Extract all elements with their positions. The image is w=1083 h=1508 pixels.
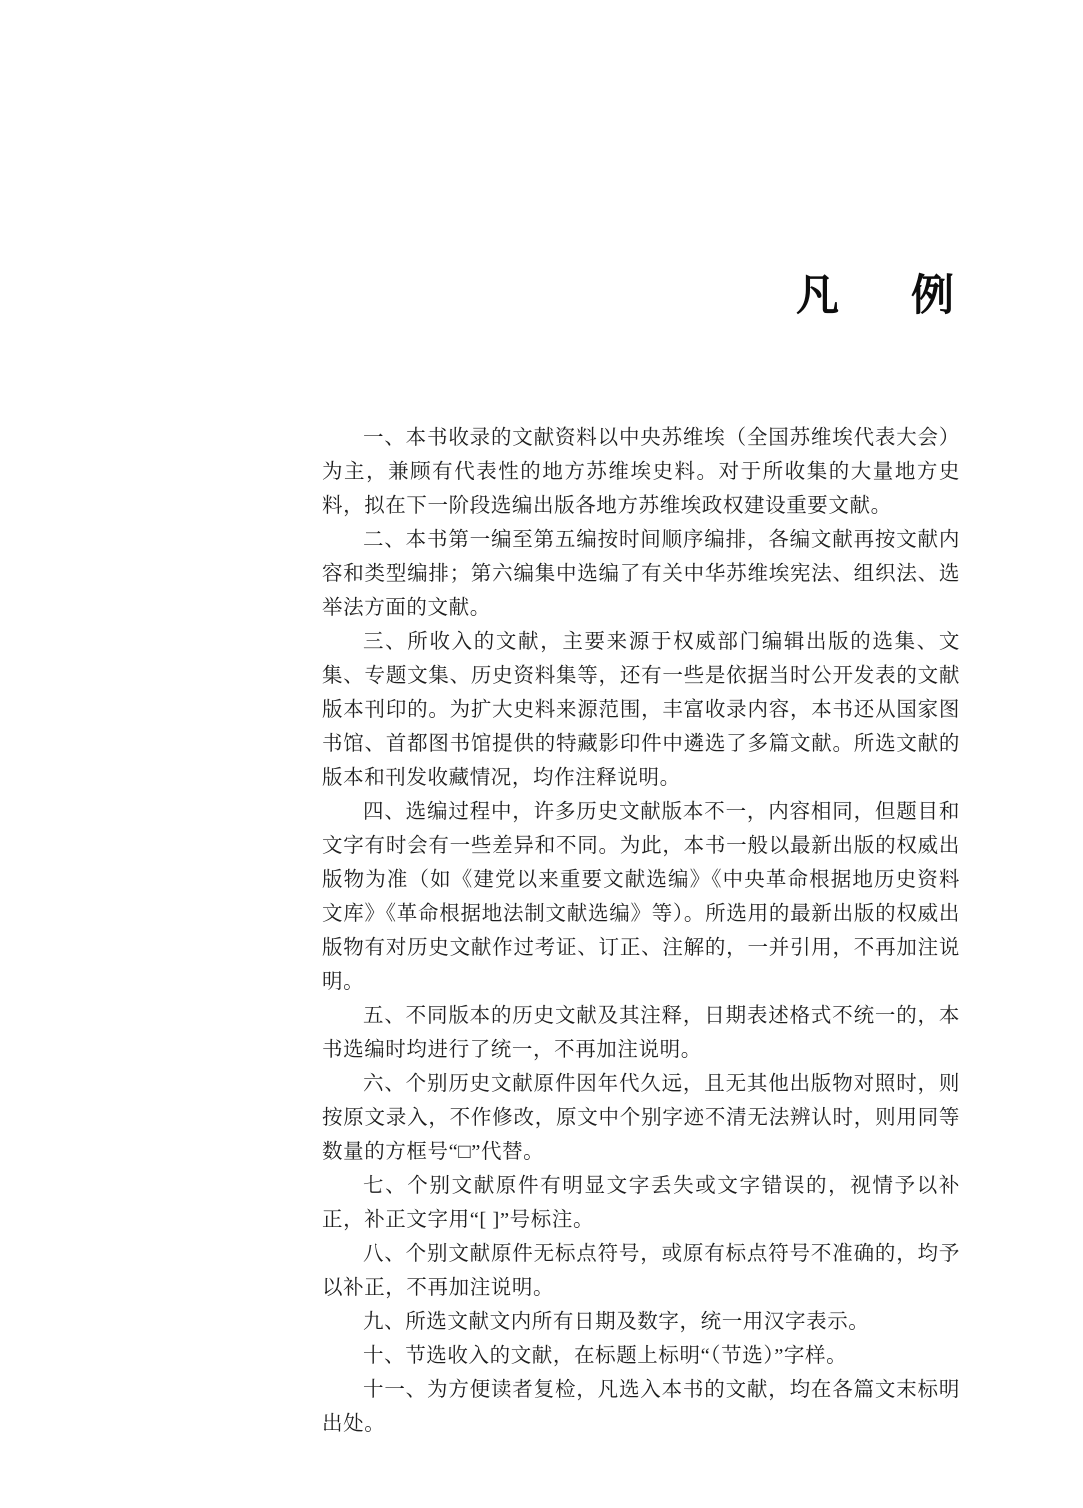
explanatory-note-paragraph: 四、选编过程中，许多历史文献版本不一，内容相同，但题目和文字有时会有一些差异和不… (322, 795, 960, 999)
explanatory-note-paragraph: 十一、为方便读者复检，凡选入本书的文献，均在各篇文末标明出处。 (322, 1373, 960, 1441)
explanatory-note-paragraph: 五、不同版本的历史文献及其注释，日期表述格式不统一的，本书选编时均进行了统一，不… (322, 999, 960, 1067)
page-title-char-1: 凡 (796, 274, 839, 320)
explanatory-note-paragraph: 二、本书第一编至第五编按时间顺序编排，各编文献再按文献内容和类型编排；第六编集中… (322, 523, 960, 625)
page-title-char-2: 例 (911, 274, 954, 320)
explanatory-note-paragraph: 三、所收入的文献，主要来源于权威部门编辑出版的选集、文集、专题文集、历史资料集等… (322, 625, 960, 795)
explanatory-note-paragraph: 十、节选收入的文献，在标题上标明“（节选）”字样。 (322, 1339, 960, 1373)
explanatory-notes-list: 一、本书收录的文献资料以中央苏维埃（全国苏维埃代表大会）为主，兼顾有代表性的地方… (322, 421, 960, 1441)
explanatory-note-paragraph: 一、本书收录的文献资料以中央苏维埃（全国苏维埃代表大会）为主，兼顾有代表性的地方… (322, 421, 960, 523)
book-page: 凡 例 一、本书收录的文献资料以中央苏维埃（全国苏维埃代表大会）为主，兼顾有代表… (0, 0, 1083, 1508)
explanatory-note-paragraph: 八、个别文献原件无标点符号，或原有标点符号不准确的，均予以补正，不再加注说明。 (322, 1237, 960, 1305)
page-title: 凡 例 (322, 274, 960, 320)
explanatory-note-paragraph: 九、所选文献文内所有日期及数字，统一用汉字表示。 (322, 1305, 960, 1339)
explanatory-note-paragraph: 六、个别历史文献原件因年代久远，且无其他出版物对照时，则按原文录入，不作修改，原… (322, 1067, 960, 1169)
explanatory-note-paragraph: 七、个别文献原件有明显文字丢失或文字错误的，视情予以补正，补正文字用“[ ]”号… (322, 1169, 960, 1237)
